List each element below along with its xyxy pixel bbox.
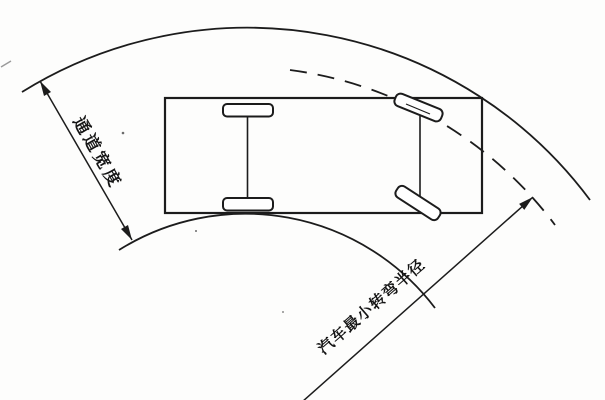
front-inner-wheel xyxy=(393,184,442,222)
scan-artifact-corner xyxy=(1,61,11,67)
turning-radius-dimension-line xyxy=(302,197,533,400)
diagram-canvas: 通道宽度 汽车最小转弯半径 xyxy=(0,0,605,400)
channel-width-dimension-line xyxy=(40,81,132,240)
channel-width-dimension xyxy=(40,81,132,240)
car-plan-view xyxy=(165,92,482,222)
scan-speck xyxy=(122,132,125,135)
arrow-up-icon xyxy=(40,81,51,96)
front-outer-wheel xyxy=(393,92,444,123)
rear-inner-wheel xyxy=(223,198,273,211)
scan-speck xyxy=(195,230,197,232)
turning-radius-dimension xyxy=(302,197,533,400)
min-turning-radius-label: 汽车最小转弯半径 xyxy=(314,254,429,358)
scan-speck xyxy=(282,311,284,313)
rear-outer-wheel xyxy=(223,104,273,117)
turning-radius-diagram: 通道宽度 汽车最小转弯半径 xyxy=(0,0,605,400)
arrow-down-icon xyxy=(121,225,132,240)
